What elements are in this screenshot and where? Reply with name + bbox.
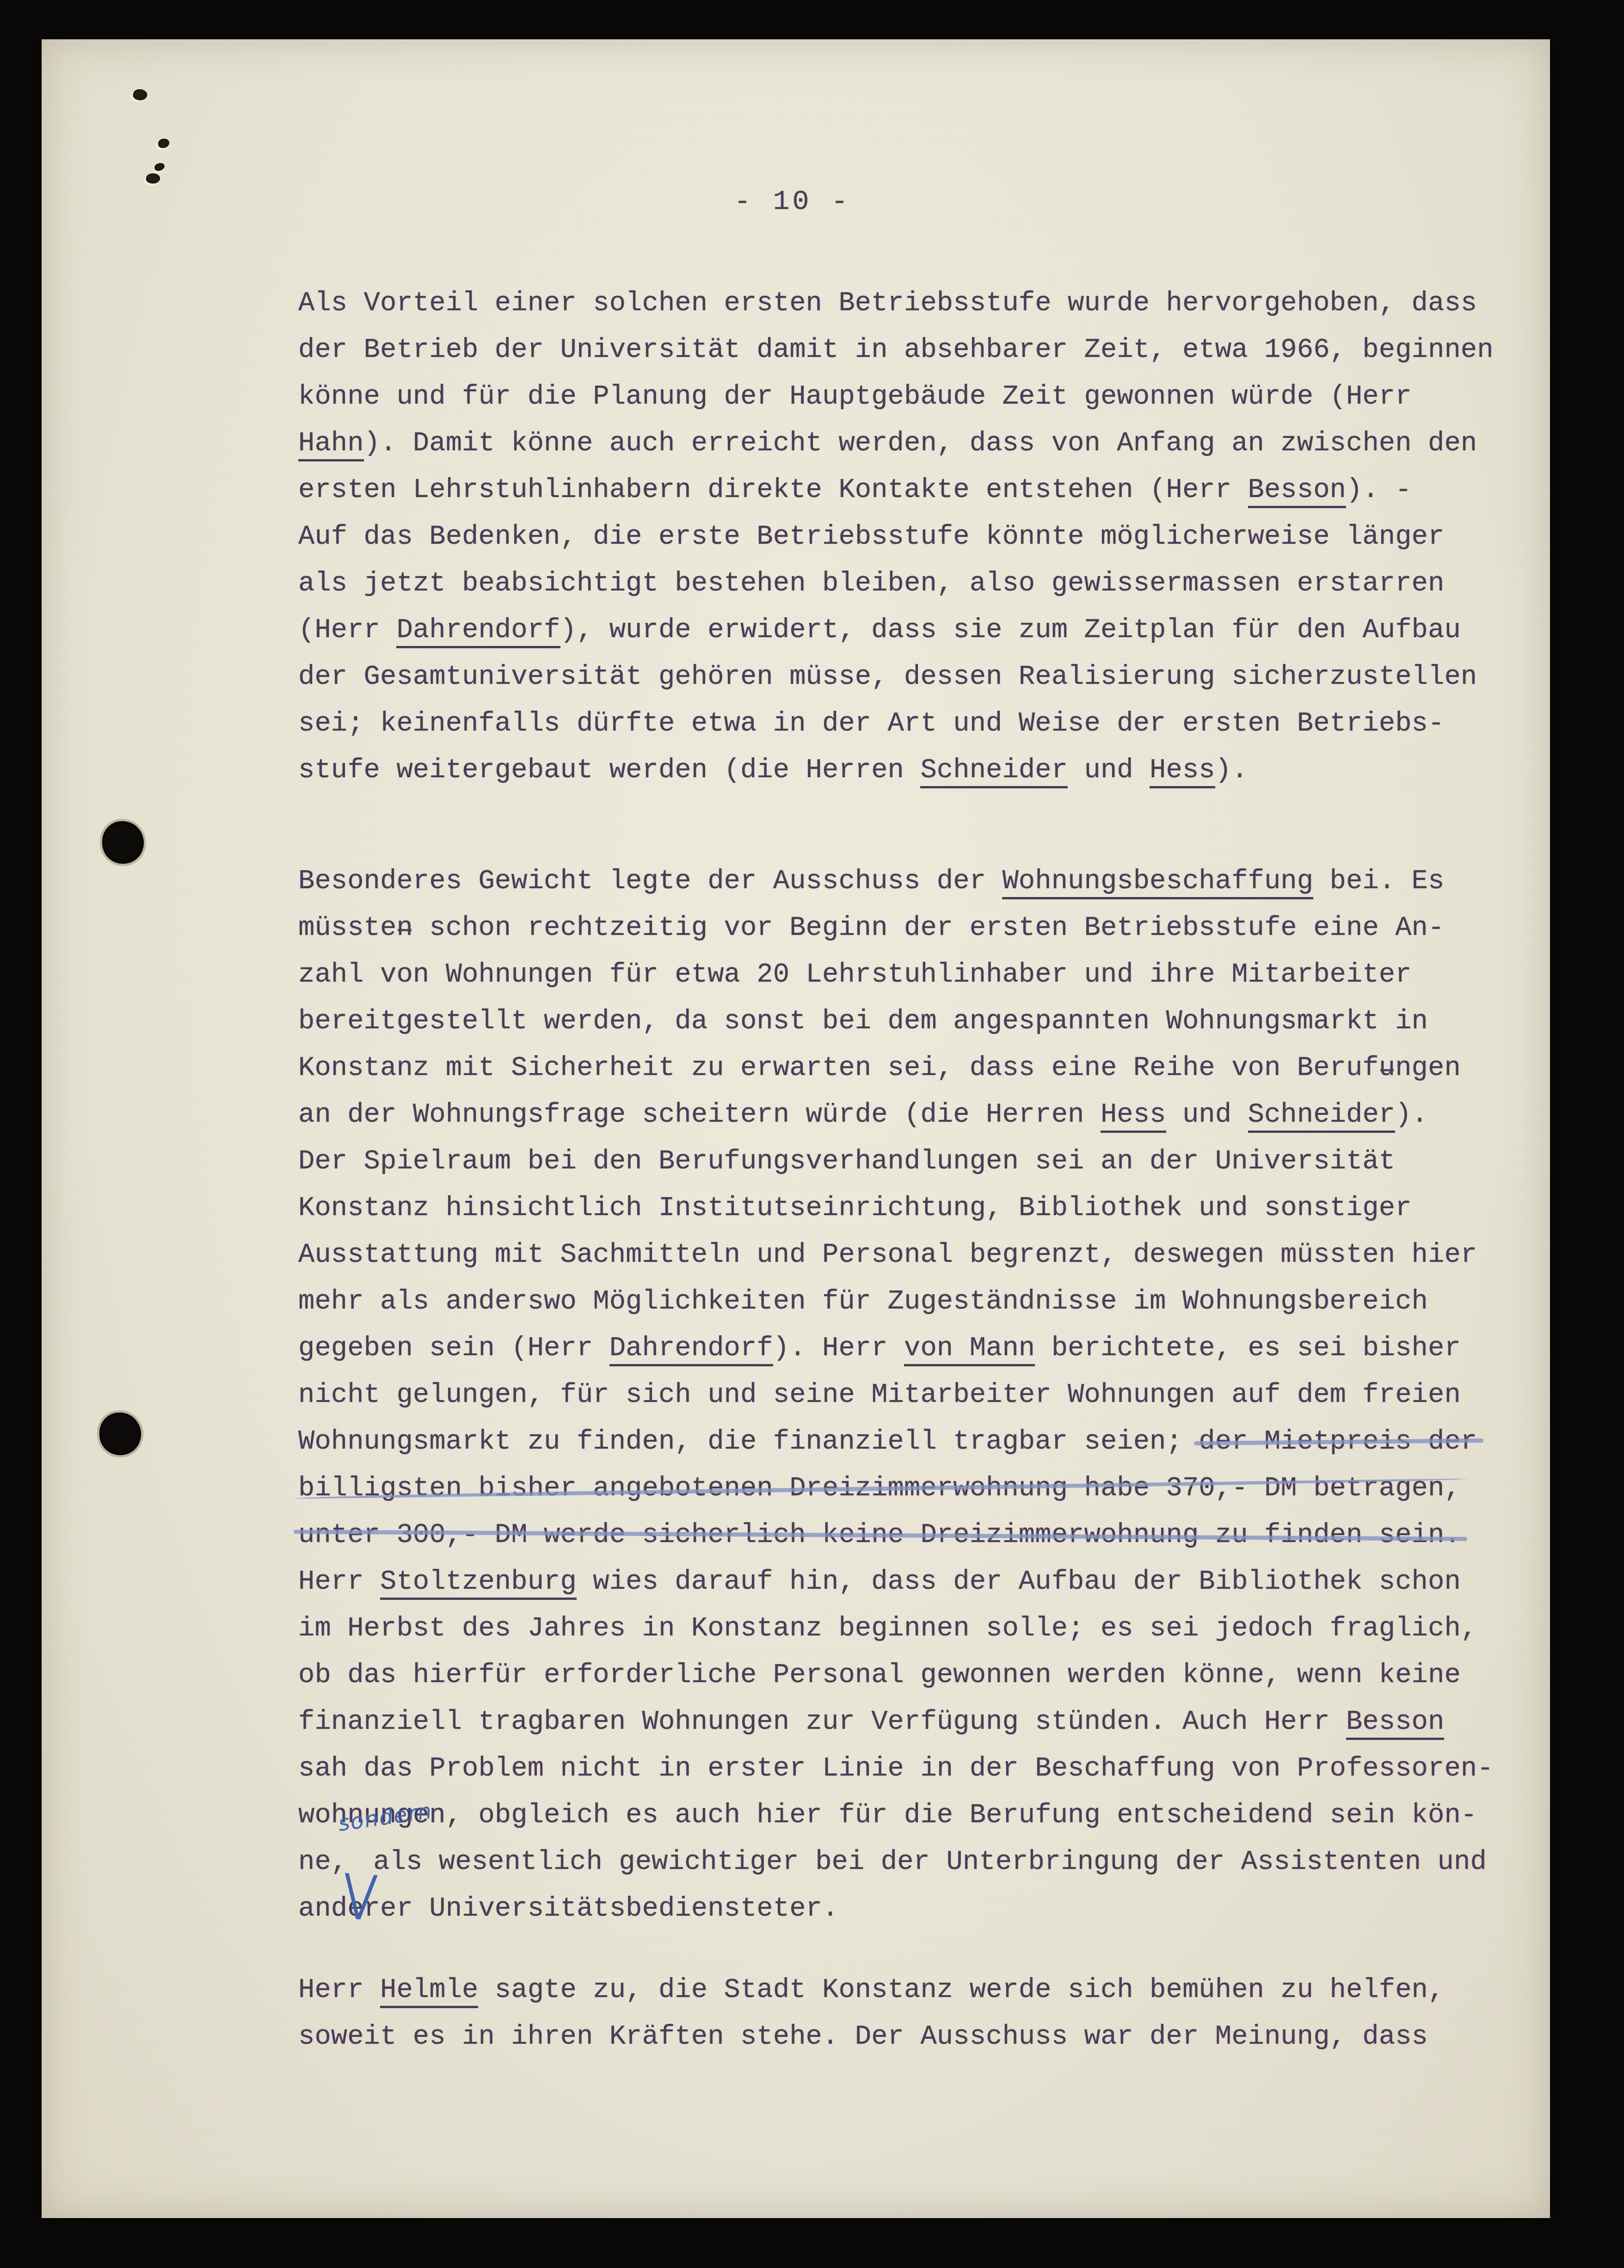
typed-text: als jetzt beabsichtigt bestehen bleiben,… [298, 568, 1444, 599]
text-line: finanziell tragbaren Wohnungen zur Verfü… [298, 1698, 1513, 1745]
typed-text: Ausstattung mit Sachmitteln und Personal… [298, 1239, 1477, 1270]
document-page: - 10 - Als Vorteil einer solchen ersten … [42, 39, 1550, 2218]
typed-text: Herr [298, 1974, 380, 2005]
underlined-name: Hess [1150, 755, 1215, 788]
text-line: billigsten bisher angebotenen Dreizimmer… [298, 1465, 1513, 1512]
text-line: müssten schon rechtzeitig vor Beginn der… [298, 904, 1513, 951]
text-line: sah das Problem nicht in erster Linie in… [298, 1745, 1513, 1792]
text-line: Besonderes Gewicht legte der Ausschuss d… [298, 858, 1513, 904]
typed-text: Herr [298, 1566, 380, 1597]
typed-text: bereitgestellt werden, da sonst bei dem … [298, 1006, 1428, 1037]
text-line: ne,sondern⋁als wesentlich gewichtiger be… [298, 1838, 1513, 1885]
typed-text: nicht gelungen, für sich und seine Mitar… [298, 1379, 1461, 1410]
text-line: anderer Universitätsbediensteter. [298, 1885, 1513, 1932]
text-line: Hahn). Damit könne auch erreicht werden,… [298, 420, 1513, 467]
typed-text: Konstanz hinsichtlich Institutseinrichtu… [298, 1192, 1412, 1223]
typed-text: sagte zu, die Stadt Konstanz werde sich … [478, 1974, 1444, 2005]
typed-text: n [396, 904, 412, 951]
typed-text: bei. Es [1313, 866, 1444, 897]
typed-text: ). [1395, 1099, 1428, 1130]
text-line: wohnungen, obgleich es auch hier für die… [298, 1792, 1513, 1838]
typed-text: als wesentlich gewichtiger bei der Unter… [373, 1846, 1487, 1877]
caret-icon: ⋁ [342, 1867, 378, 1919]
text-line: an der Wohnungsfrage scheitern würde (di… [298, 1091, 1513, 1138]
text-line: stufe weitergebaut werden (die Herren Sc… [298, 747, 1513, 793]
text-line: mehr als anderswo Möglichkeiten für Zuge… [298, 1278, 1513, 1325]
text-line: zahl von Wohnungen für etwa 20 Lehrstuhl… [298, 951, 1513, 998]
document-text: Als Vorteil einer solchen ersten Betrieb… [298, 280, 1513, 2060]
typed-text: wies darauf hin, dass der Aufbau der Bib… [577, 1566, 1461, 1597]
typed-text: an der Wohnungsfrage scheitern würde (di… [298, 1099, 1101, 1130]
underlined-name: Dahrendorf [396, 615, 560, 648]
text-line: nicht gelungen, für sich und seine Mitar… [298, 1371, 1513, 1418]
text-line: unter 300,- DM werde sicherlich keine Dr… [298, 1512, 1513, 1558]
typed-text: sah das Problem nicht in erster Linie in… [298, 1753, 1494, 1784]
typed-text: ). Damit könne auch erreicht werden, das… [364, 428, 1477, 459]
underlined-name: Hahn [298, 428, 364, 461]
struck-text: der Mietpreis der [1199, 1418, 1477, 1465]
underlined-name: von Mann [904, 1333, 1035, 1366]
text-line: der Gesamtuniversität gehören müsse, des… [298, 653, 1513, 700]
text-line: Herr Stoltzenburg wies darauf hin, dass … [298, 1558, 1513, 1605]
typed-text: berichtete, es sei bisher [1035, 1333, 1461, 1364]
typed-text: zahl von Wohnungen für etwa 20 Lehrstuhl… [298, 959, 1412, 990]
underlined-name: Wohnungsbeschaffung [1002, 866, 1313, 899]
typed-text: Auf das Bedenken, die erste Betriebsstuf… [298, 521, 1444, 552]
text-line: könne und für die Planung der Hauptgebäu… [298, 373, 1513, 420]
underlined-name: Hess [1101, 1099, 1166, 1133]
paragraph: Herr Helmle sagte zu, die Stadt Konstanz… [298, 1967, 1513, 2060]
typed-text: und [1068, 755, 1150, 786]
typed-text: soweit es in ihren Kräften stehe. Der Au… [298, 2021, 1428, 2052]
typed-text: ). [1215, 755, 1248, 786]
text-line: Ausstattung mit Sachmitteln und Personal… [298, 1231, 1513, 1278]
typed-text: finanziell tragbaren Wohnungen zur Verfü… [298, 1706, 1346, 1737]
text-line: Herr Helmle sagte zu, die Stadt Konstanz… [298, 1967, 1513, 2013]
typed-text: Als Vorteil einer solchen ersten Betrieb… [298, 288, 1477, 319]
text-line: soweit es in ihren Kräften stehe. Der Au… [298, 2013, 1513, 2060]
typed-text: Besonderes Gewicht legte der Ausschuss d… [298, 866, 1002, 897]
typed-text: der Gesamtuniversität gehören müsse, des… [298, 661, 1477, 692]
typed-text: (Herr [298, 615, 396, 645]
typed-text: ngen [1395, 1052, 1461, 1083]
text-line: bereitgestellt werden, da sonst bei dem … [298, 998, 1513, 1045]
staple-mark [132, 88, 148, 102]
text-line: Konstanz hinsichtlich Institutseinrichtu… [298, 1185, 1513, 1231]
staple-mark [158, 139, 169, 148]
underlined-name: Schneider [920, 755, 1068, 788]
text-line: gegeben sein (Herr Dahrendorf). Herr von… [298, 1325, 1513, 1371]
typed-text: sei; keinenfalls dürfte etwa in der Art … [298, 708, 1444, 739]
typed-text: Konstanz mit Sicherheit zu erwarten sei,… [298, 1052, 1379, 1083]
punch-hole [99, 1413, 141, 1455]
page-number: - 10 - [734, 186, 850, 218]
typed-text: Wohnungsmarkt zu finden, die finanziell … [298, 1426, 1199, 1457]
typed-text: müsste [298, 912, 396, 943]
typed-text: stufe weitergebaut werden (die Herren [298, 755, 920, 786]
typed-text: ). - [1346, 474, 1412, 505]
underlined-name: Stoltzenburg [380, 1566, 577, 1600]
text-line: im Herbst des Jahres in Konstanz beginne… [298, 1605, 1513, 1652]
text-line: Konstanz mit Sicherheit zu erwarten sei,… [298, 1045, 1513, 1091]
punch-hole [102, 821, 144, 864]
typed-text: ), wurde erwidert, dass sie zum Zeitplan… [560, 615, 1461, 645]
typed-text: der Betrieb der Universität damit in abs… [298, 334, 1494, 365]
typed-text: und [1166, 1099, 1248, 1130]
typed-text: ne, [298, 1846, 347, 1877]
typed-text: schon rechtzeitig vor Beginn der ersten … [413, 912, 1445, 943]
typed-text: gegeben sein (Herr [298, 1333, 609, 1364]
typed-text: mehr als anderswo Möglichkeiten für Zuge… [298, 1286, 1428, 1317]
text-line: als jetzt beabsichtigt bestehen bleiben,… [298, 560, 1513, 607]
text-line: Der Spielraum bei den Berufungsverhandlu… [298, 1138, 1513, 1185]
typed-text: wohnungen, obgleich es auch hier für die… [298, 1800, 1477, 1831]
typed-text: ob das hierfür erforderliche Personal ge… [298, 1660, 1461, 1690]
typed-text: könne und für die Planung der Hauptgebäu… [298, 381, 1412, 412]
struck-text: billigsten bisher angebotenen Dreizimmer… [298, 1465, 1461, 1512]
text-line: Auf das Bedenken, die erste Betriebsstuf… [298, 513, 1513, 560]
text-line: ersten Lehrstuhlinhabern direkte Kontakt… [298, 467, 1513, 513]
text-line: Als Vorteil einer solchen ersten Betrieb… [298, 280, 1513, 326]
typed-text: ersten Lehrstuhlinhabern direkte Kontakt… [298, 474, 1248, 505]
struck-text: unter 300,- DM werde sicherlich keine Dr… [298, 1512, 1461, 1558]
text-line: sei; keinenfalls dürfte etwa in der Art … [298, 700, 1513, 747]
underlined-name: Besson [1346, 1706, 1444, 1740]
typed-text: anderer Universitätsbediensteter. [298, 1893, 838, 1924]
scanned-document: - 10 - Als Vorteil einer solchen ersten … [0, 0, 1624, 2268]
typed-text: im Herbst des Jahres in Konstanz beginne… [298, 1613, 1477, 1644]
underlined-name: Schneider [1248, 1099, 1396, 1133]
underlined-name: Helmle [380, 1974, 478, 2008]
typed-text: Der Spielraum bei den Berufungsverhandlu… [298, 1146, 1395, 1177]
typed-text: ). Herr [773, 1333, 904, 1364]
staple-mark [146, 172, 161, 184]
underlined-name: Dahrendorf [609, 1333, 773, 1366]
paragraph: Besonderes Gewicht legte der Ausschuss d… [298, 858, 1513, 1932]
underlined-name: Besson [1248, 474, 1346, 508]
paragraph: Als Vorteil einer solchen ersten Betrieb… [298, 280, 1513, 793]
text-line: Wohnungsmarkt zu finden, die finanziell … [298, 1418, 1513, 1465]
text-line: der Betrieb der Universität damit in abs… [298, 326, 1513, 373]
typed-text: u [1379, 1045, 1395, 1091]
text-line: (Herr Dahrendorf), wurde erwidert, dass … [298, 607, 1513, 653]
text-line: ob das hierfür erforderliche Personal ge… [298, 1652, 1513, 1698]
staple-mark [154, 162, 165, 172]
